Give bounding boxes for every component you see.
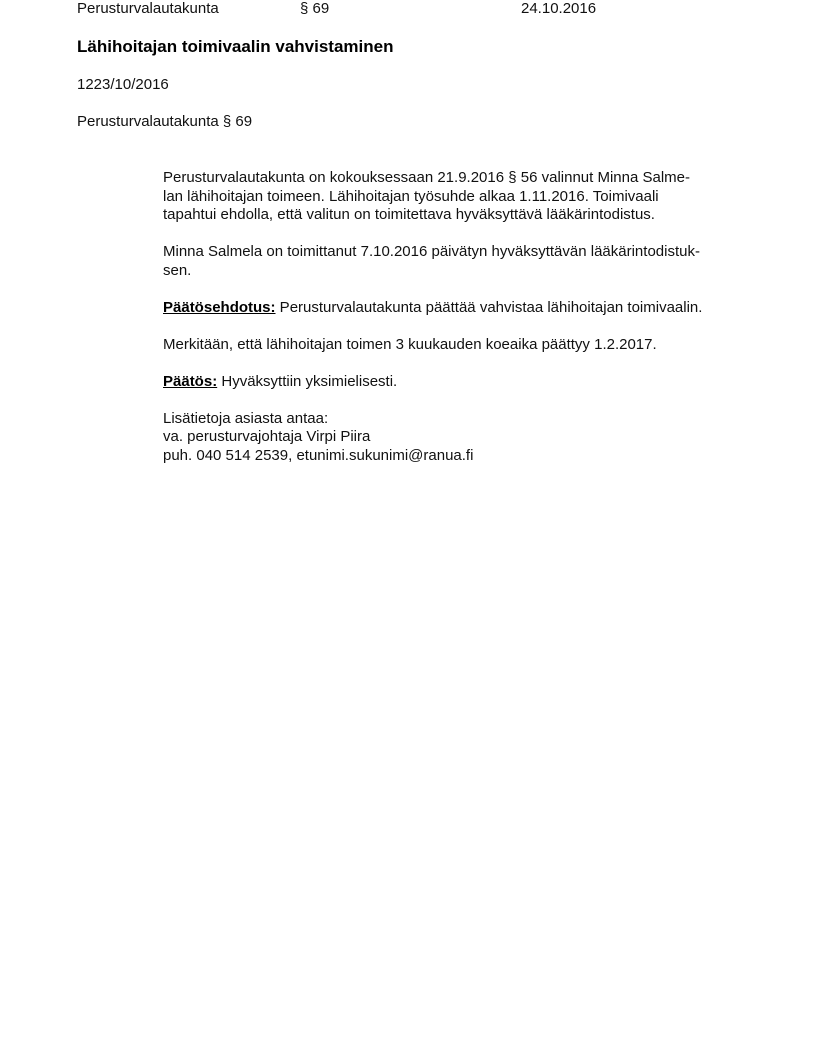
contact-intro: Lisätietoja asiasta antaa: [163, 410, 753, 429]
header-date: 24.10.2016 [521, 0, 596, 18]
header-body-name: Perusturvalautakunta [77, 0, 219, 18]
proposal-paragraph: Päätösehdotus: Perusturvalautakunta päät… [163, 299, 753, 318]
intro-line: lan lähihoitajan toimeen. Lähihoitajan t… [163, 188, 753, 207]
note-paragraph: Merkitään, että lähihoitajan toimen 3 ku… [163, 336, 753, 355]
contact-person: va. perusturvajohtaja Virpi Piira [163, 428, 753, 447]
document-body: Perusturvalautakunta on kokouksessaan 21… [163, 169, 753, 465]
intro-line: Perusturvalautakunta on kokouksessaan 21… [163, 169, 753, 188]
proposal-label: Päätösehdotus: [163, 299, 276, 316]
intro-line: tapahtui ehdolla, että valitun on toimit… [163, 206, 753, 225]
document-header: Perusturvalautakunta § 69 24.10.2016 [77, 0, 777, 18]
certificate-line: Minna Salmela on toimittanut 7.10.2016 p… [163, 243, 753, 262]
certificate-line: sen. [163, 262, 753, 281]
document-title: Lähihoitajan toimivaalin vahvistaminen [77, 37, 393, 57]
certificate-paragraph: Minna Salmela on toimittanut 7.10.2016 p… [163, 243, 753, 280]
decision-paragraph: Päätös: Hyväksyttiin yksimielisesti. [163, 373, 753, 392]
intro-paragraph: Perusturvalautakunta on kokouksessaan 21… [163, 169, 753, 225]
header-section-number: § 69 [300, 0, 329, 18]
decision-label: Päätös: [163, 373, 217, 390]
proposal-text: Perusturvalautakunta päättää vahvistaa l… [276, 299, 703, 316]
decision-text: Hyväksyttiin yksimielisesti. [217, 373, 397, 390]
contact-info: Lisätietoja asiasta antaa: va. perusturv… [163, 410, 753, 466]
contact-details: puh. 040 514 2539, etunimi.sukunimi@ranu… [163, 447, 753, 466]
section-reference: Perusturvalautakunta § 69 [77, 113, 252, 131]
diary-number: 1223/10/2016 [77, 76, 169, 94]
